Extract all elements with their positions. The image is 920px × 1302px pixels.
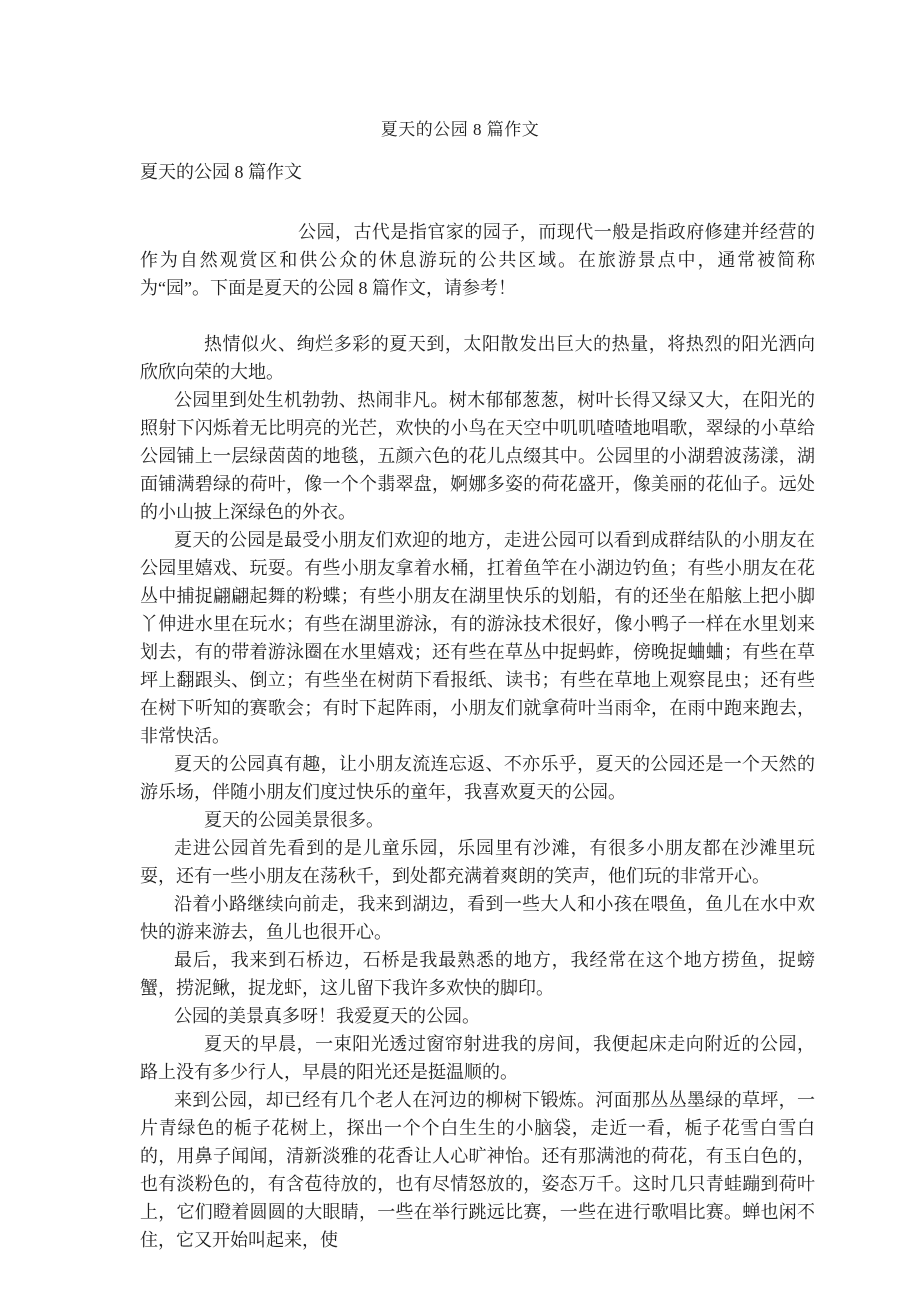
paragraph: 夏天的公园美景很多。 bbox=[140, 806, 815, 834]
document-page: 夏天的公园 8 篇作文 夏天的公园 8 篇作文 公园，古代是指官家的园子，而现代… bbox=[0, 0, 920, 1302]
paragraph: 公园，古代是指官家的园子，而现代一般是指政府修建并经营的作为自然观赏区和供公众的… bbox=[140, 218, 815, 302]
paragraph: 公园里到处生机勃勃、热闹非凡。树木郁郁葱葱，树叶长得又绿又大，在阳光的照射下闪烁… bbox=[140, 386, 815, 526]
paragraph: 热情似火、绚烂多彩的夏天到，太阳散发出巨大的热量，将热烈的阳光洒向欣欣向荣的大地… bbox=[140, 330, 815, 386]
paragraph: 最后，我来到石桥边，石桥是我最熟悉的地方，我经常在这个地方捞鱼，捉螃蟹，捞泥鳅，… bbox=[140, 946, 815, 1002]
paragraph: 夏天的早晨，一束阳光透过窗帘射进我的房间，我便起床走向附近的公园，路上没有多少行… bbox=[140, 1030, 815, 1086]
document-heading: 夏天的公园 8 篇作文 bbox=[140, 158, 815, 186]
paragraph: 公园的美景真多呀！我爱夏天的公园。 bbox=[140, 1002, 815, 1030]
paragraph: 走进公园首先看到的是儿童乐园，乐园里有沙滩，有很多小朋友都在沙滩里玩耍，还有一些… bbox=[140, 834, 815, 890]
document-body: 公园，古代是指官家的园子，而现代一般是指政府修建并经营的作为自然观赏区和供公众的… bbox=[140, 218, 815, 1254]
paragraph: 夏天的公园真有趣，让小朋友流连忘返、不亦乐乎，夏天的公园还是一个天然的游乐场，伴… bbox=[140, 750, 815, 806]
paragraph: 来到公园，却已经有几个老人在河边的柳树下锻炼。河面那丛丛墨绿的草坪，一片青绿色的… bbox=[140, 1086, 815, 1254]
paragraph: 沿着小路继续向前走，我来到湖边，看到一些大人和小孩在喂鱼，鱼儿在水中欢快的游来游… bbox=[140, 890, 815, 946]
paragraph: 夏天的公园是最受小朋友们欢迎的地方，走进公园可以看到成群结队的小朋友在公园里嬉戏… bbox=[140, 526, 815, 750]
document-title: 夏天的公园 8 篇作文 bbox=[0, 116, 920, 144]
